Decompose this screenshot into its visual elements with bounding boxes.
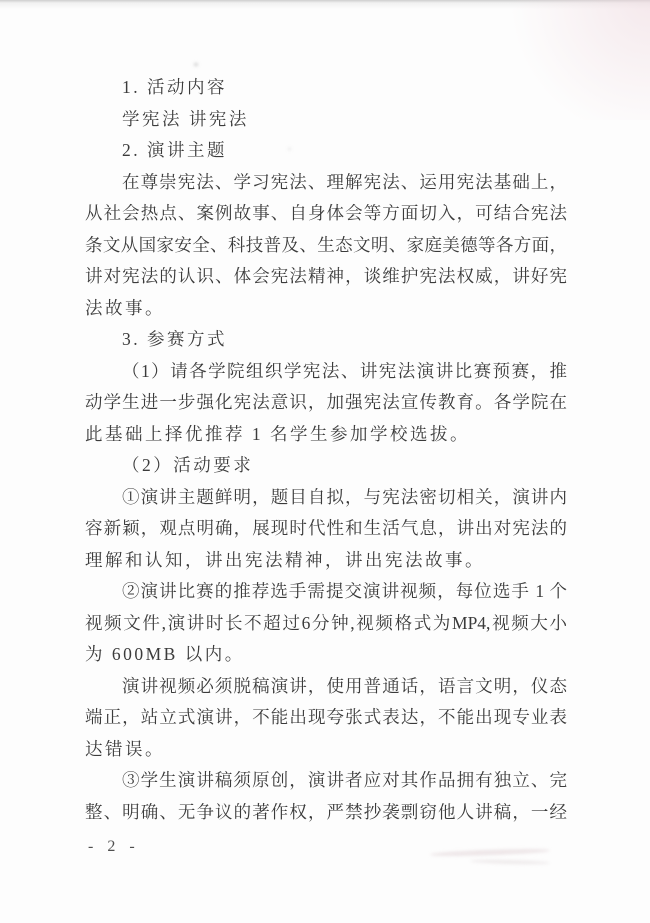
doc-line: 视频文件,演讲时长不超过6分钟,视频格式为MP4,视频大小 bbox=[85, 608, 567, 640]
document-body: 1. 活动内容 学宪法 讲宪法 2. 演讲主题 在尊崇宪法、学习宪法、理解宪法、… bbox=[85, 72, 567, 828]
doc-line: ②演讲比赛的推荐选手需提交演讲视频，每位选手 1 个 bbox=[85, 576, 567, 608]
doc-line: 2. 演讲主题 bbox=[85, 135, 567, 167]
doc-line: （2）活动要求 bbox=[85, 450, 567, 482]
scanned-document-page: 1. 活动内容 学宪法 讲宪法 2. 演讲主题 在尊崇宪法、学习宪法、理解宪法、… bbox=[0, 0, 650, 923]
scan-speck bbox=[194, 63, 198, 66]
doc-line: 端正，站立式演讲，不能出现夸张式表达，不能出现专业表 bbox=[85, 702, 567, 734]
doc-line: ③学生演讲稿须原创，演讲者应对其作品拥有独立、完 bbox=[85, 765, 567, 797]
doc-line: 整、明确、无争议的著作权，严禁抄袭剽窃他人讲稿，一经 bbox=[85, 797, 567, 829]
doc-line: 此基础上择优推荐 1 名学生参加学校选拔。 bbox=[85, 419, 567, 451]
doc-line: 容新颖，观点明确，展现时代性和生活气息，讲出对宪法的 bbox=[85, 513, 567, 545]
doc-line: 学宪法 讲宪法 bbox=[85, 104, 567, 136]
doc-line: 从社会热点、案例故事、自身体会等方面切入，可结合宪法 bbox=[85, 198, 567, 230]
doc-line: （1）请各学院组织学宪法、讲宪法演讲比赛预赛，推 bbox=[85, 356, 567, 388]
page-number: - 2 - bbox=[88, 838, 140, 856]
doc-line: 在尊崇宪法、学习宪法、理解宪法、运用宪法基础上， bbox=[85, 167, 567, 199]
doc-line: 条文从国家安全、科技普及、生态文明、家庭美德等各方面， bbox=[85, 230, 567, 262]
doc-line: 法故事。 bbox=[85, 293, 567, 325]
scan-smudge bbox=[430, 848, 550, 857]
doc-line: 理解和认知，讲出宪法精神，讲出宪法故事。 bbox=[85, 545, 567, 577]
doc-line: 讲对宪法的认识、体会宪法精神，谈维护宪法权威，讲好宪 bbox=[85, 261, 567, 293]
doc-line: 3. 参赛方式 bbox=[85, 324, 567, 356]
doc-line: 动学生进一步强化宪法意识，加强宪法宣传教育。各学院在 bbox=[85, 387, 567, 419]
doc-line: 为 600MB 以内。 bbox=[85, 639, 567, 671]
doc-line: ①演讲主题鲜明，题目自拟，与宪法密切相关，演讲内 bbox=[85, 482, 567, 514]
doc-line: 演讲视频必须脱稿演讲，使用普通话，语言文明，仪态 bbox=[85, 671, 567, 703]
doc-line: 达错误。 bbox=[85, 734, 567, 766]
scan-smudge bbox=[470, 859, 550, 865]
doc-line: 1. 活动内容 bbox=[85, 72, 567, 104]
